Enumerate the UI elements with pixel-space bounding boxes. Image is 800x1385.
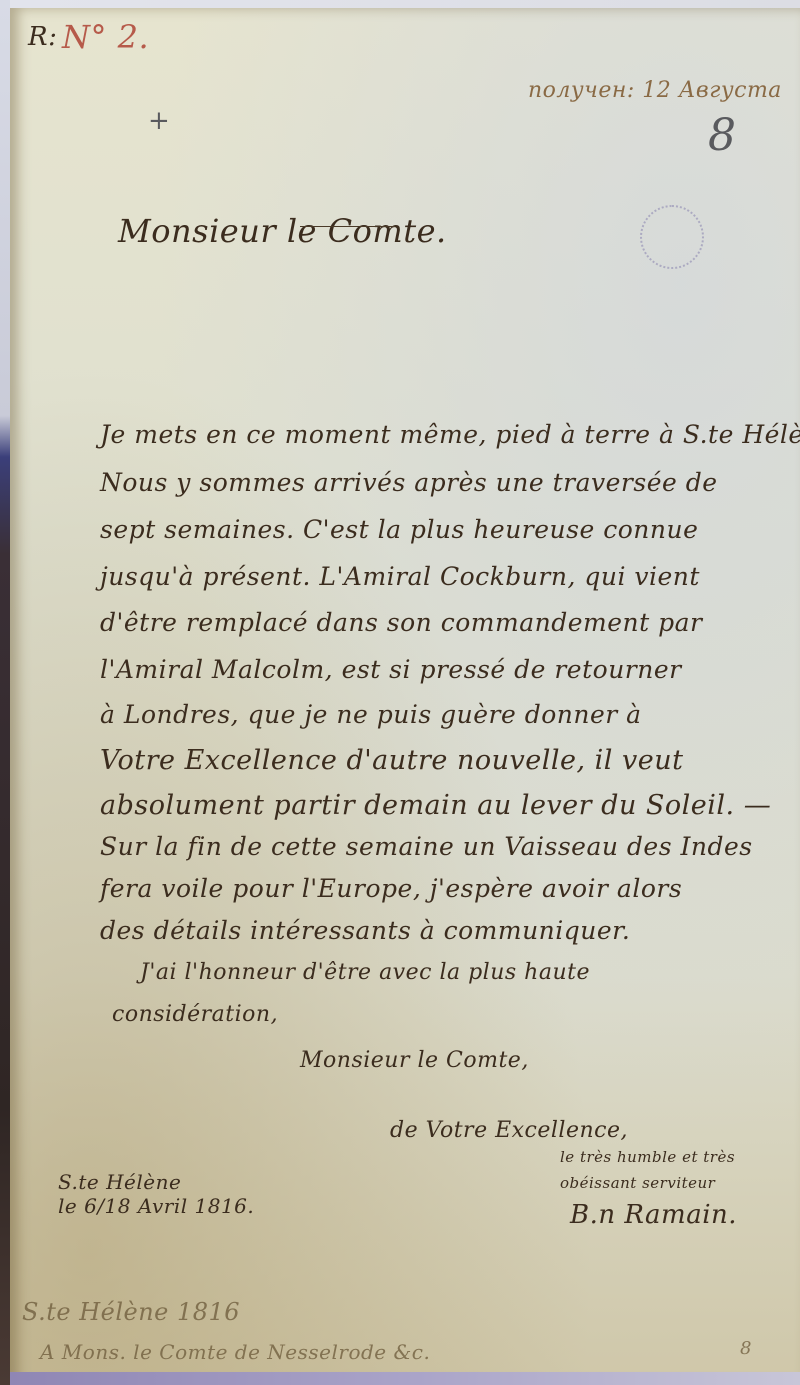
body-line: l'Amiral Malcolm, est si pressé de retou… <box>100 655 682 684</box>
body-line: Votre Excellence d'autre nouvelle, il ve… <box>100 745 683 776</box>
body-line: Je mets en ce moment même, pied à terre … <box>100 420 800 449</box>
closing-line: considération, <box>112 1002 278 1027</box>
valediction-address: Monsieur le Comte, <box>300 1048 529 1073</box>
salutation-flourish <box>300 226 395 227</box>
background-surface <box>10 1372 800 1385</box>
body-line: Nous y sommes arrivés après une traversé… <box>100 468 718 497</box>
signature-line: obéissant serviteur <box>560 1174 715 1192</box>
body-line: d'être remplacé dans son commandement pa… <box>100 608 702 637</box>
folio-number: 8 <box>708 110 737 161</box>
signature-name: B.n Ramain. <box>570 1200 737 1230</box>
closing-line: J'ai l'honneur d'être avec la plus haute <box>140 960 590 985</box>
salutation: Monsieur le Comte. <box>118 212 447 250</box>
book-binding-edge <box>0 0 10 1385</box>
body-line: à Londres, que je ne puis guère donner à <box>100 700 642 729</box>
reference-number: N° 2. <box>62 18 149 56</box>
reference-prefix: R: <box>28 22 57 52</box>
body-line: fera voile pour l'Europe, j'espère avoir… <box>100 874 682 903</box>
signature-line: le très humble et très <box>560 1148 735 1166</box>
date: le 6/18 Avril 1816. <box>58 1194 254 1218</box>
body-line: Sur la fin de cette semaine un Vaisseau … <box>100 832 753 861</box>
pencil-cross-mark: + <box>148 106 170 136</box>
corner-number: 8 <box>740 1338 752 1359</box>
docket-line: A Mons. le Comte de Nesselrode &c. <box>40 1340 430 1364</box>
valediction-of: de Votre Excellence, <box>390 1118 628 1143</box>
body-line: absolument partir demain au lever du Sol… <box>100 790 771 821</box>
body-line: sept semaines. C'est la plus heureuse co… <box>100 515 698 544</box>
body-line: des détails intéressants à communiquer. <box>100 916 630 945</box>
body-line: jusqu'à présent. L'Amiral Cockburn, qui … <box>100 562 700 591</box>
archive-stamp-icon <box>640 205 704 269</box>
place: S.te Hélène <box>58 1170 181 1194</box>
received-note: получен: 12 Августа <box>528 78 782 103</box>
docket-line: S.te Hélène 1816 <box>22 1298 240 1326</box>
